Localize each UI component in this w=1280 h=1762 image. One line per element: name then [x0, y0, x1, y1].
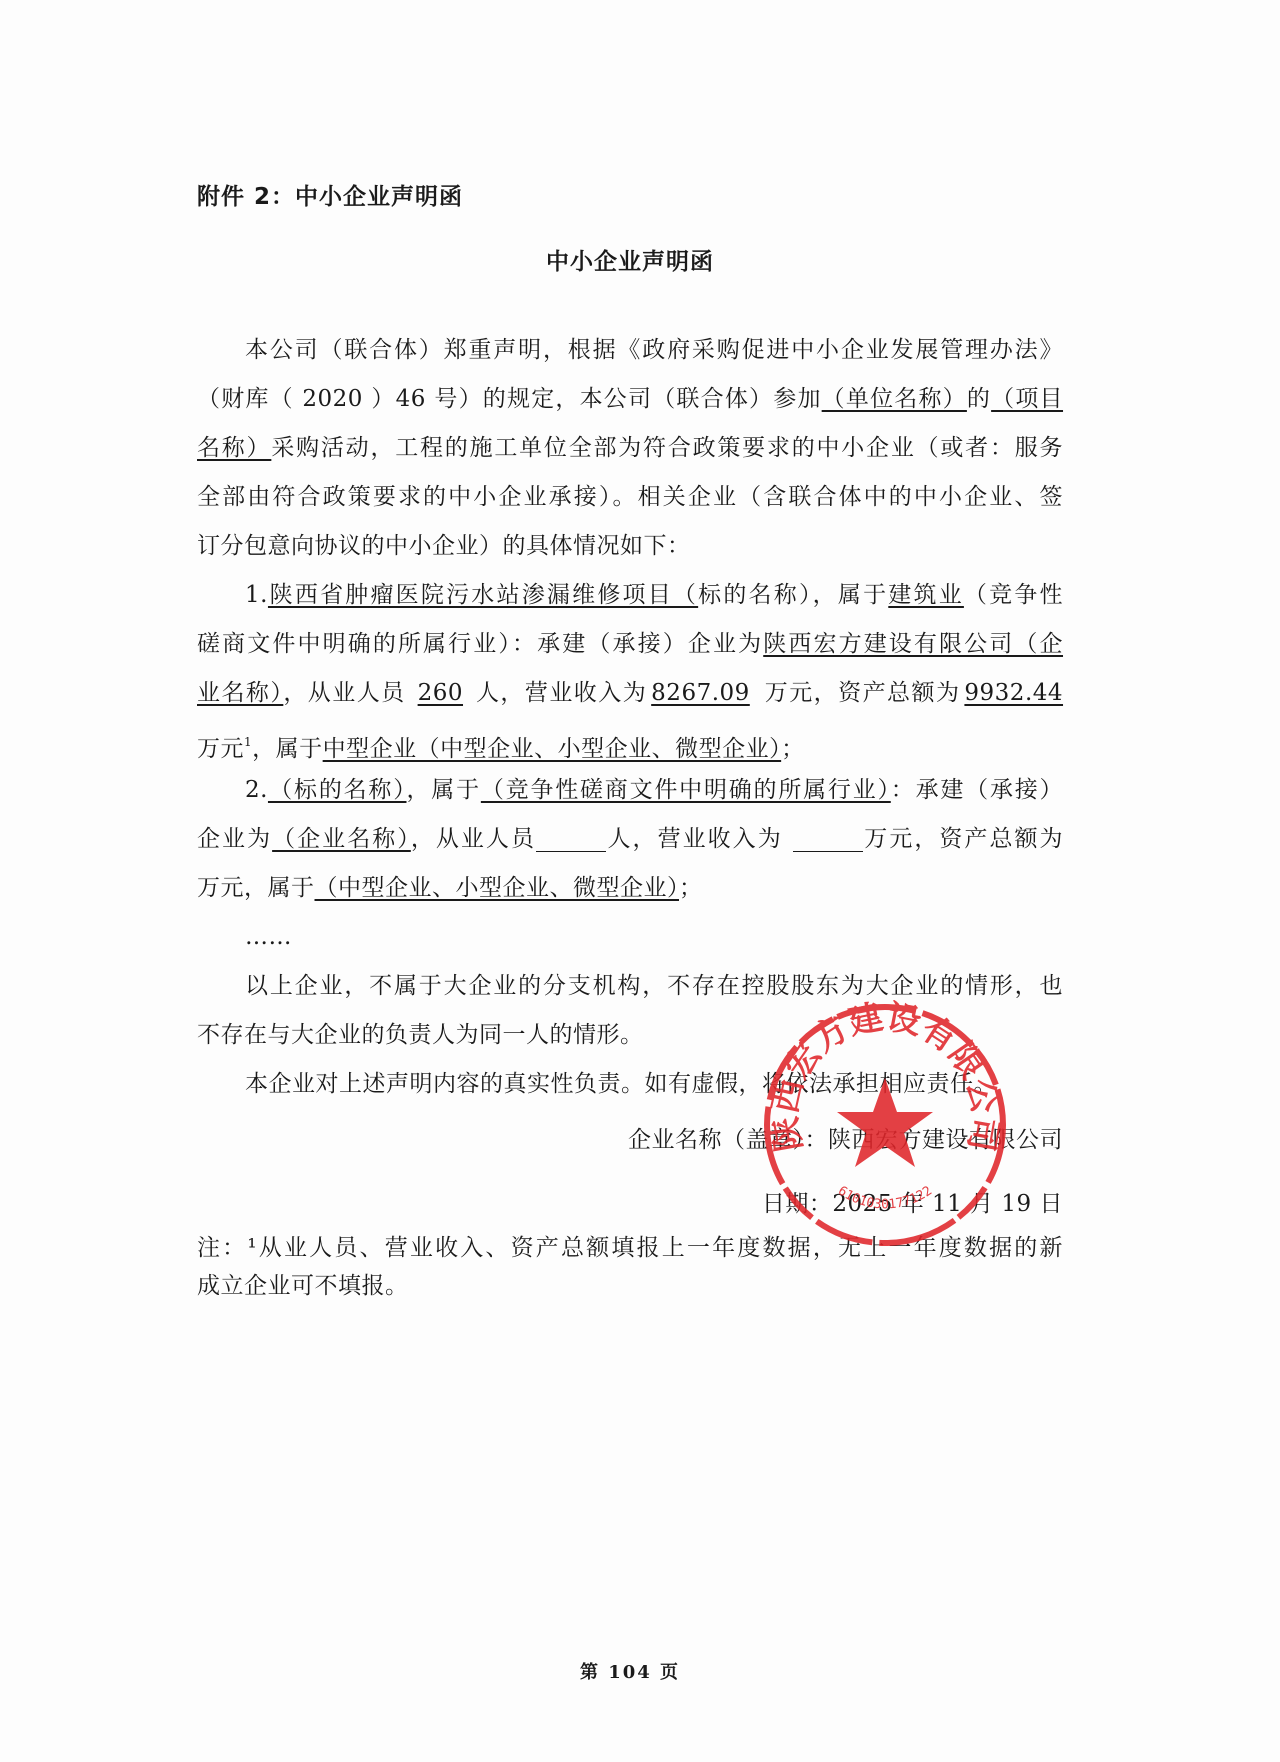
label-text: 万元	[197, 736, 244, 762]
project-name-placeholder: （项目	[991, 386, 1063, 412]
item1-line-3: 业名称），从业人员260人，营业收入为8267.09万元，资产总额为9932.4…	[197, 669, 1063, 718]
intro-line-3: 名称）采购活动，工程的施工单位全部为符合政策要求的中小企业（或者：服务	[197, 424, 1063, 473]
signature-company: 企业名称（盖章）：陕西宏方建设有限公司	[197, 1116, 1063, 1165]
intro-line-2: （财库（ 2020 ）46 号）的规定，本公司（联合体）参加（单位名称）的（项目	[197, 375, 1063, 424]
document-page: 附件 2：中小企业声明函 中小企业声明函 本公司（联合体）郑重声明，根据《政府采…	[0, 0, 1280, 1762]
item1-line-2: 磋商文件中明确的所属行业）：承建（承接）企业为陕西宏方建设有限公司（企	[197, 620, 1063, 669]
intro-text: 的	[967, 386, 991, 412]
intro-text: 订分包意向协议的中小企业）的具体情况如下：	[197, 533, 691, 559]
footnote-line-2: 成立企业可不填报。	[197, 1266, 1063, 1306]
page-number: 第 104 页	[0, 1658, 1260, 1684]
revenue-blank	[793, 821, 863, 852]
signature-date: 日期：2025 年 11 月 19 日	[197, 1180, 1063, 1229]
intro-line-1: 本公司（联合体）郑重声明，根据《政府采购促进中小企业发展管理办法》	[197, 326, 1063, 375]
label-text: ，从业人员	[411, 826, 536, 852]
intro-text: 全部由符合政策要求的中小企业承接）。相关企业（含联合体中的中小企业、签	[197, 484, 1063, 510]
label-text: ，属于	[252, 736, 323, 762]
label-text: ；	[679, 875, 703, 901]
statement-line-3: 本企业对上述声明内容的真实性负责。如有虚假，将依法承担相应责任。	[197, 1060, 1063, 1109]
employees-blank	[536, 821, 606, 852]
company-name-value: 陕西宏方建设有限公司（企	[763, 631, 1063, 657]
footnote-line-1: 注：¹从业人员、营业收入、资产总额填报上一年度数据，无上一年度数据的新	[197, 1228, 1063, 1268]
industry-value: 建筑业	[888, 582, 964, 608]
item2-line-1: 2.（标的名称），属于（竞争性磋商文件中明确的所属行业）：承建（承接）	[197, 766, 1063, 815]
footnote-mark: 1	[244, 735, 252, 749]
revenue-value: 8267.09	[647, 680, 764, 706]
intro-line-5: 订分包意向协议的中小企业）的具体情况如下：	[197, 522, 1063, 571]
label-text: 人，营业收入为	[606, 826, 783, 852]
project-name-placeholder-end: 名称）	[197, 435, 271, 461]
label-text: 万元，资产总额为	[764, 680, 961, 706]
item2-line-3: 万元，属于（中型企业、小型企业、微型企业）；	[197, 864, 1063, 913]
item-number: 2.	[245, 777, 268, 803]
subject-placeholder: （标的名称）	[268, 777, 407, 803]
ellipsis: ……	[197, 913, 1063, 962]
type-placeholder: （中型企业、小型企业、微型企业）	[315, 875, 680, 901]
item2-line-2: 企业为（企业名称），从业人员人，营业收入为万元，资产总额为	[197, 815, 1063, 864]
label-text: ，从业人员	[283, 680, 405, 706]
item1-line-1: 1.陕西省肿瘤医院污水站渗漏维修项目（标的名称），属于建筑业（竞争性	[197, 571, 1063, 620]
company-placeholder: （企业名称）	[272, 826, 411, 852]
intro-line-4: 全部由符合政策要求的中小企业承接）。相关企业（含联合体中的中小企业、签	[197, 473, 1063, 522]
intro-text: （财库（ 2020 ）46 号）的规定，本公司（联合体）参加	[197, 386, 822, 412]
document-title: 中小企业声明函	[0, 243, 1260, 276]
unit-name-placeholder: （单位名称）	[822, 386, 967, 412]
employees-value: 260	[406, 680, 475, 706]
label-text: 磋商文件中明确的所属行业）：承建（承接）企业为	[197, 631, 763, 657]
item-number: 1.	[245, 582, 268, 608]
attachment-heading: 附件 2：中小企业声明函	[197, 178, 463, 211]
statement-line-2: 不存在与大企业的负责人为同一人的情形。	[197, 1011, 1063, 1060]
label-text: 万元，资产总额为	[863, 826, 1063, 852]
item1-line-4: 万元1，属于中型企业（中型企业、小型企业、微型企业）；	[197, 718, 1063, 767]
industry-placeholder: （竞争性磋商文件中明确的所属行业）	[481, 777, 891, 803]
assets-value: 9932.44	[960, 680, 1063, 706]
label-text: 标的名称），属于	[698, 582, 888, 608]
enterprise-type-value: 中型企业（中型企业、小型企业、微型企业）	[323, 736, 782, 762]
label-text: 人，营业收入为	[475, 680, 647, 706]
label-text: ：承建（承接）	[891, 777, 1063, 803]
intro-text: 本公司（联合体）郑重声明，根据《政府采购促进中小企业发展管理办法》	[245, 337, 1063, 363]
company-name-value-end: 业名称）	[197, 680, 283, 706]
label-text: ；	[781, 736, 805, 762]
label-text: 万元，属于	[197, 875, 315, 901]
label-text: （竞争性	[964, 582, 1063, 608]
subject-name: 陕西省肿瘤医院污水站渗漏维修项目（	[268, 582, 698, 608]
intro-text: 采购活动，工程的施工单位全部为符合政策要求的中小企业（或者：服务	[271, 435, 1063, 461]
statement-line-1: 以上企业，不属于大企业的分支机构，不存在控股股东为大企业的情形，也	[197, 962, 1063, 1011]
label-text: 企业为	[197, 826, 272, 852]
label-text: ，属于	[406, 777, 480, 803]
